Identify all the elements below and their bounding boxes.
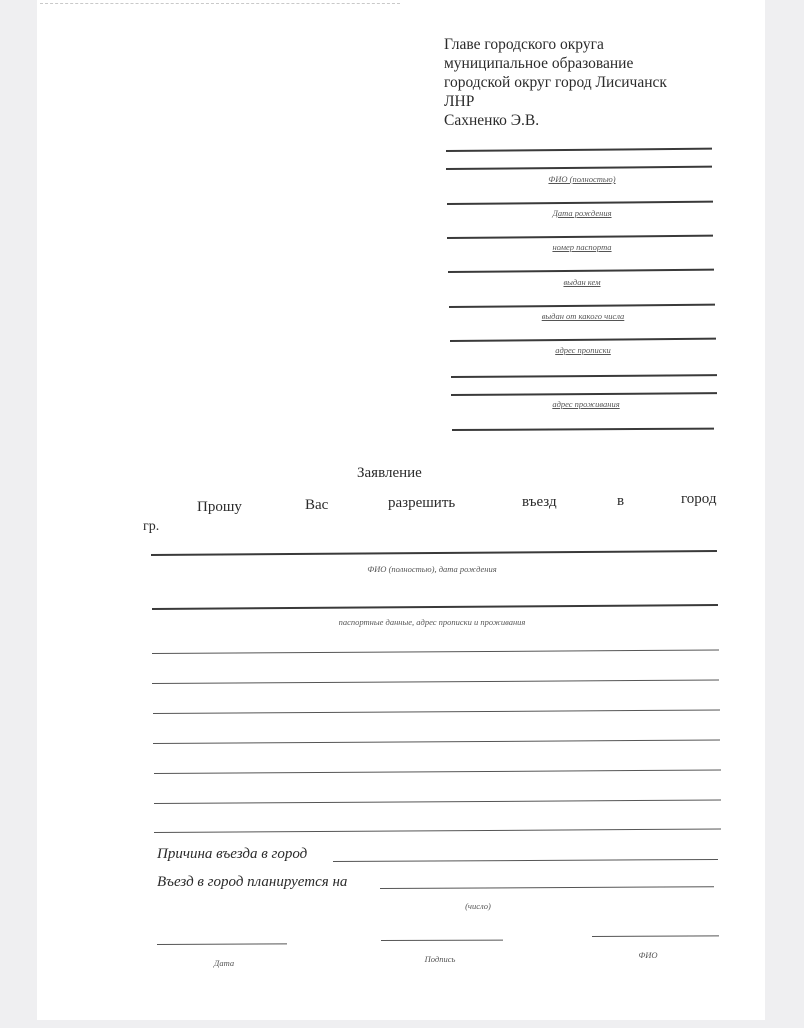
addressee-block: Главе городского округа муниципальное об… xyxy=(444,35,667,130)
planned-label: Въезд в город планируется на xyxy=(157,874,347,891)
caption-birthdate: Дата рождения xyxy=(552,208,611,218)
caption-request-fio: ФИО (полностью), дата рождения xyxy=(367,564,496,574)
request-word: разрешить xyxy=(388,495,455,512)
caption-issued-by: выдан кем xyxy=(563,277,600,287)
caption-passport: номер паспорта xyxy=(552,242,611,252)
caption-registration: адрес прописки xyxy=(555,345,611,355)
request-word: город xyxy=(681,491,716,508)
reason-label: Причина въезда в город xyxy=(157,846,307,863)
caption-date: Дата xyxy=(214,958,234,968)
request-word: в xyxy=(617,493,624,510)
caption-request-passport: паспортные данные, адрес прописки и прож… xyxy=(339,617,526,627)
caption-name: ФИО xyxy=(638,950,657,960)
addressee-line: Главе городского округа xyxy=(444,35,667,54)
addressee-line: городской округ город Лисичанск xyxy=(444,73,667,92)
caption-planned: (число) xyxy=(465,901,491,911)
caption-issued-date: выдан от какого числа xyxy=(542,311,625,321)
request-word: Прошу xyxy=(197,499,242,516)
document-title: Заявление xyxy=(357,465,422,482)
addressee-line: муниципальное образование xyxy=(444,54,667,73)
request-word: въезд xyxy=(522,494,557,511)
addressee-line: ЛНР xyxy=(444,92,667,111)
request-prefix: гр. xyxy=(143,519,159,535)
caption-signature: Подпись xyxy=(425,954,456,964)
caption-residence: адрес проживания xyxy=(552,399,619,409)
addressee-line: Сахненко Э.В. xyxy=(444,111,667,130)
request-word: Вас xyxy=(305,497,328,514)
caption-fio: ФИО (полностью) xyxy=(548,174,615,184)
page-top-edge xyxy=(40,3,400,4)
